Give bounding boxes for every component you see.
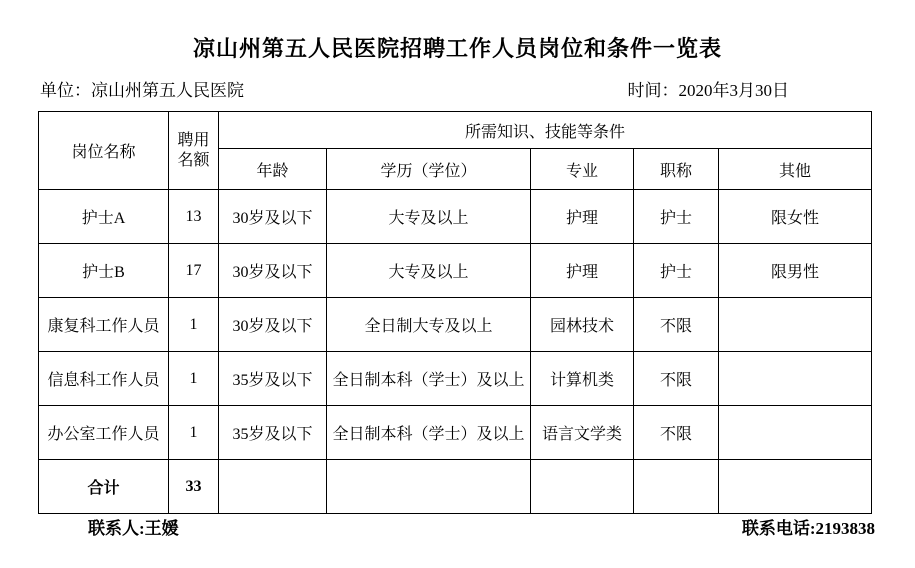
cell-education: 全日制本科（学士）及以上 (327, 352, 531, 406)
cell-major: 语言文学类 (531, 406, 634, 460)
cell-quota: 1 (169, 298, 219, 352)
cell-other (719, 298, 872, 352)
footer-row: 联系人:王媛 联系电话:2193838 (88, 519, 875, 539)
header-major: 专业 (531, 149, 634, 190)
recruitment-table: 岗位名称 聘用名额 所需知识、技能等条件 年龄 学历（学位） 专业 职称 其他 … (38, 111, 872, 514)
cell-other (719, 352, 872, 406)
cell-other (719, 406, 872, 460)
cell-empty (719, 460, 872, 514)
header-age: 年龄 (219, 149, 327, 190)
cell-position: 护士A (39, 190, 169, 244)
cell-age: 30岁及以下 (219, 298, 327, 352)
cell-quota: 13 (169, 190, 219, 244)
header-education: 学历（学位） (327, 149, 531, 190)
header-quota: 聘用名额 (169, 112, 219, 190)
cell-job-title: 不限 (634, 406, 719, 460)
page-title: 凉山州第五人民医院招聘工作人员岗位和条件一览表 (0, 0, 915, 63)
cell-job-title: 护士 (634, 244, 719, 298)
header-row-top: 岗位名称 聘用名额 所需知识、技能等条件 (39, 112, 872, 149)
cell-education: 大专及以上 (327, 244, 531, 298)
header-quota-label: 聘用名额 (178, 131, 210, 171)
cell-job-title: 护士 (634, 190, 719, 244)
contact-phone-label: 联系电话:2193838 (742, 519, 875, 539)
cell-total-label: 合计 (39, 460, 169, 514)
header-position: 岗位名称 (39, 112, 169, 190)
cell-education: 大专及以上 (327, 190, 531, 244)
cell-age: 30岁及以下 (219, 190, 327, 244)
cell-education: 全日制大专及以上 (327, 298, 531, 352)
table-row-nurse-b: 护士B 17 30岁及以下 大专及以上 护理 护士 限男性 (39, 244, 872, 298)
date-label: 时间：2020年3月30日 (628, 81, 790, 101)
cell-quota: 1 (169, 352, 219, 406)
cell-total-quota: 33 (169, 460, 219, 514)
cell-job-title: 不限 (634, 298, 719, 352)
cell-age: 30岁及以下 (219, 244, 327, 298)
cell-quota: 1 (169, 406, 219, 460)
cell-age: 35岁及以下 (219, 352, 327, 406)
table-row-total: 合计 33 (39, 460, 872, 514)
cell-empty (219, 460, 327, 514)
cell-other: 限女性 (719, 190, 872, 244)
cell-empty (531, 460, 634, 514)
cell-empty (634, 460, 719, 514)
cell-major: 园林技术 (531, 298, 634, 352)
cell-empty (327, 460, 531, 514)
header-other: 其他 (719, 149, 872, 190)
cell-education: 全日制本科（学士）及以上 (327, 406, 531, 460)
document-page: 凉山州第五人民医院招聘工作人员岗位和条件一览表 单位：凉山州第五人民医院 时间：… (0, 0, 915, 568)
cell-position: 信息科工作人员 (39, 352, 169, 406)
header-job-title: 职称 (634, 149, 719, 190)
cell-job-title: 不限 (634, 352, 719, 406)
contact-person-label: 联系人:王媛 (88, 519, 179, 539)
cell-major: 护理 (531, 244, 634, 298)
cell-other: 限男性 (719, 244, 872, 298)
meta-row: 单位：凉山州第五人民医院 时间：2020年3月30日 (40, 81, 877, 101)
unit-label: 单位：凉山州第五人民医院 (40, 81, 244, 101)
header-requirements-group: 所需知识、技能等条件 (219, 112, 872, 149)
cell-major: 护理 (531, 190, 634, 244)
cell-quota: 17 (169, 244, 219, 298)
cell-position: 护士B (39, 244, 169, 298)
cell-age: 35岁及以下 (219, 406, 327, 460)
table-row-it-staff: 信息科工作人员 1 35岁及以下 全日制本科（学士）及以上 计算机类 不限 (39, 352, 872, 406)
cell-major: 计算机类 (531, 352, 634, 406)
table-row-rehab-staff: 康复科工作人员 1 30岁及以下 全日制大专及以上 园林技术 不限 (39, 298, 872, 352)
cell-position: 康复科工作人员 (39, 298, 169, 352)
table-row-nurse-a: 护士A 13 30岁及以下 大专及以上 护理 护士 限女性 (39, 190, 872, 244)
table-row-office-staff: 办公室工作人员 1 35岁及以下 全日制本科（学士）及以上 语言文学类 不限 (39, 406, 872, 460)
cell-position: 办公室工作人员 (39, 406, 169, 460)
